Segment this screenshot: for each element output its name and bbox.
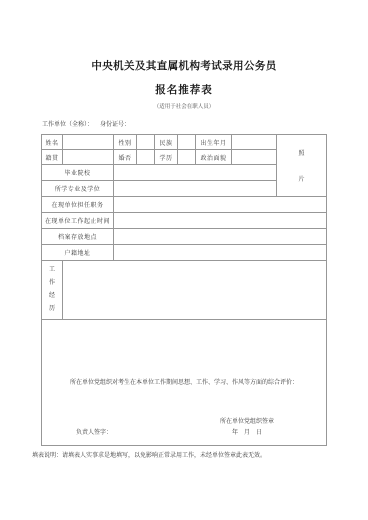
label-name: 姓名 [42, 135, 63, 150]
label-native-place: 籍贯 [42, 150, 63, 165]
work-experience-char: 工 [42, 264, 62, 277]
evaluation-box: 所在单位党组织对考生在本单位工作期间思想、工作、学习、作风等方面的综合评价： 所… [42, 320, 327, 446]
table-row: 在现单位工作起止时间 [42, 213, 327, 229]
value-ethnicity [178, 135, 196, 150]
form-subtitle: （适用于社会在职人员） [0, 104, 368, 111]
photo-placeholder-label: 照 片 [277, 148, 326, 183]
value-major-degree [114, 181, 277, 197]
photo-char-2: 片 [298, 174, 304, 183]
value-current-position [114, 197, 327, 213]
label-marital-status: 婚否 [114, 150, 137, 165]
org-seal-block: 所在单位党组织签章 年 月 日 [220, 418, 274, 437]
form-title-line2: 报名推荐表 [0, 84, 368, 97]
label-major-degree: 所学专业及学位 [42, 181, 114, 197]
table-row: 档案存放地点 [42, 229, 327, 245]
work-experience-char: 历 [42, 303, 62, 316]
value-marital-status [137, 150, 155, 165]
label-political-status: 政治面貌 [196, 150, 232, 165]
form-footnote: 填表说明：请填表人实事求是地填写，以免影响正常录用工作，未经单位签章此表无效。 [32, 452, 368, 460]
work-experience-char: 经 [42, 290, 62, 303]
value-archive-location [114, 229, 327, 245]
label-work-experience: 工 作 经 历 [42, 261, 63, 320]
photo-char-1: 照 [298, 148, 304, 157]
label-graduate-school: 毕业院校 [42, 165, 114, 181]
value-graduate-school [114, 165, 277, 181]
work-unit-line: 工作单位（全称）： 身份证号： [42, 121, 368, 129]
value-native-place [63, 150, 114, 165]
table-row: 户籍地址 [42, 245, 327, 261]
value-gender [137, 135, 155, 150]
value-political-status [232, 150, 277, 165]
label-current-position: 在现单位担任职务 [42, 197, 114, 213]
application-form-table: 姓名 性别 民族 出生年月 照 片 籍贯 婚否 学历 政治面貌 [41, 134, 327, 446]
photo-box: 照 片 [277, 135, 327, 197]
form-title-line1: 中央机关及其直属机构考试录用公务员 [0, 60, 368, 73]
value-birth-date [232, 135, 277, 150]
date-label: 年 月 日 [220, 429, 274, 437]
id-number-label: 身份证号： [100, 121, 130, 129]
form-document-page: 中央机关及其直属机构考试录用公务员 报名推荐表 （适用于社会在职人员） 工作单位… [0, 0, 368, 520]
label-gender: 性别 [114, 135, 137, 150]
label-archive-location: 档案存放地点 [42, 229, 114, 245]
evaluation-prompt: 所在单位党组织对考生在本单位工作期间思想、工作、学习、作风等方面的综合评价： [42, 379, 326, 387]
value-work-experience [63, 261, 327, 320]
label-ethnicity: 民族 [155, 135, 178, 150]
value-education [178, 150, 196, 165]
table-row-evaluation: 所在单位党组织对考生在本单位工作期间思想、工作、学习、作风等方面的综合评价： 所… [42, 320, 327, 446]
label-registered-address: 户籍地址 [42, 245, 114, 261]
table-row: 姓名 性别 民族 出生年月 照 片 [42, 135, 327, 150]
signer-label: 负责人签字： [76, 429, 112, 437]
work-unit-label: 工作单位（全称）： [42, 121, 93, 129]
label-birth-date: 出生年月 [196, 135, 232, 150]
table-row: 在现单位担任职务 [42, 197, 327, 213]
work-experience-char: 作 [42, 277, 62, 290]
value-name [63, 135, 114, 150]
label-work-period: 在现单位工作起止时间 [42, 213, 114, 229]
table-row-work-experience: 工 作 经 历 [42, 261, 327, 320]
label-education: 学历 [155, 150, 178, 165]
org-seal-label: 所在单位党组织签章 [220, 418, 274, 426]
value-registered-address [114, 245, 327, 261]
value-work-period [114, 213, 327, 229]
